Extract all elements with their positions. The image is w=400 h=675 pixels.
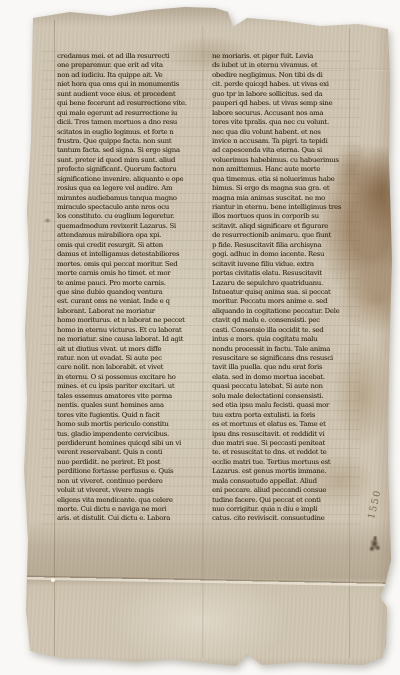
- text-line: perdiderunt homines quicqd sibi un vi: [57, 439, 195, 448]
- ink-blot: [368, 536, 381, 553]
- text-line: Lazarus. est genus mortis immane.: [212, 467, 352, 476]
- text-line: te anime pauci. Pro morte carnis.: [57, 279, 195, 288]
- text-line: tantum facta. sed signa. Si ergo signa: [57, 146, 195, 155]
- text-line: mirantes audiebamus tanqua magno: [57, 194, 195, 203]
- text-line: mala consuetudo appellat. Aliud: [212, 477, 352, 486]
- text-line: homo in eternu victurus. Et cu laborat: [57, 326, 195, 335]
- text-line: gogi. adhuc in domo iacente. Resu: [212, 250, 352, 259]
- text-line: qui male egerunt ad resurrectione iu: [57, 109, 195, 118]
- text-line: portas civitatis elatu. Resuscitavit: [212, 269, 352, 278]
- text-line: catus. cito reviviscit. consuetudine: [212, 514, 352, 523]
- text-line: homo moriturus. et n laborat ne peccet: [57, 316, 195, 325]
- text-line: quasi peccatu latebat. Si aute non: [212, 382, 352, 391]
- text-line: ipsu dns resuscitavit. et reddidit vi: [212, 430, 352, 439]
- text-line: tuu extra porta extulisti. ia foris: [212, 411, 352, 420]
- text-line: non ad iudiciu. Ita quippe ait. Ve: [57, 71, 195, 80]
- text-line: sed etia ipsu malu fecisti. quasi mor: [212, 401, 352, 410]
- text-line: morte. Cui dictu e naviga ne mori: [57, 505, 195, 514]
- text-line: los constituto. cu euglium legeretur.: [57, 212, 195, 221]
- text-line: p fide. Resuscitavit filia archisyna: [212, 241, 352, 250]
- text-line: labore securus. Accusant nos ama: [212, 109, 352, 118]
- text-line: Lazaru de sepulchro quatriduanu.: [212, 279, 352, 288]
- text-line: scitatos in euglio legimus. et forte n: [57, 128, 195, 137]
- text-line: voluit ut viveret. vivere magis: [57, 486, 195, 495]
- text-line: sunt audient voce eius. et procedent: [57, 90, 195, 99]
- text-line: frustra. Que quippe facta. non sunt: [57, 137, 195, 146]
- text-line: tores vite fugientis. Quid n facit: [57, 411, 195, 420]
- text-line: tores vite tpralis. qua nec cu volunt.: [212, 118, 352, 127]
- text-line: nondu processit in factu. Tale anima: [212, 345, 352, 354]
- text-line: attendamus mirabiliora opa xpi.: [57, 231, 195, 240]
- text-line: riantur in eternu. bene intelligimus tre…: [212, 203, 352, 212]
- text-line: magna mia animas suscitat. ne mo: [212, 194, 352, 203]
- text-column-right: ne moriaris. et piger fuit. Leviads iube…: [212, 52, 352, 524]
- text-line: niet hora qua oms qui in monumentis: [57, 80, 195, 89]
- text-line: de resurrectionib animaru. que fiunt: [212, 231, 352, 240]
- text-line: rosius qua ea legere vel audire. Am: [57, 184, 195, 193]
- crease-hole: [51, 578, 55, 582]
- text-line: ratur. non ut evadat. Si aute pec: [57, 354, 195, 363]
- text-line: miraculo spectaculo ante nros ocu: [57, 203, 195, 212]
- text-line: resuscitare se significans dns resusci: [212, 354, 352, 363]
- parchment-surface: credamus mei. et ad illa resurrectione p…: [0, 0, 400, 675]
- text-line: due matri sue. Si peccasti peniteat: [212, 439, 352, 448]
- text-line: laborant. Laborat ne moriatur: [57, 307, 195, 316]
- text-line: ne moriaris. et piger fuit. Levia: [212, 52, 352, 61]
- margin-smudge: [44, 218, 51, 223]
- text-line: Intueatur quisq anima sua. si peccat: [212, 288, 352, 297]
- text-line: elata. sed in domo mortua iacebat.: [212, 373, 352, 382]
- text-line: voluerimus habebimus. cu habuerimus: [212, 156, 352, 165]
- text-line: intus e mors. quia cogitatu malu: [212, 335, 352, 344]
- text-line: dicii. Tres tamen mortuos a dno resu: [57, 118, 195, 127]
- text-line: qui bene fecerunt ad resurrectione vite.: [57, 99, 195, 108]
- text-line: quemadmodum revixerit Lazarus. Si: [57, 222, 195, 231]
- text-line: nec qua diu volunt habent. et nos: [212, 128, 352, 137]
- text-line: tavit illa puella. que ndu erat foris: [212, 363, 352, 372]
- left-bounding-rule: [54, 20, 55, 656]
- text-line: nentis. quales sunt homines ama: [57, 401, 195, 410]
- text-line: illos mortuos quos in corporib su: [212, 212, 352, 221]
- text-line: morte carnis omis ho timet. et mor: [57, 269, 195, 278]
- text-line: credamus mei. et ad illa resurrecti: [57, 52, 195, 61]
- text-line: ait ut diutius vivat. ut mors diffe: [57, 345, 195, 354]
- text-line: aliquando in cogitatione peccatur. Dele: [212, 307, 352, 316]
- lower-fold-crease: [24, 575, 392, 586]
- text-line: damus et intelligamus detestabiliores: [57, 250, 195, 259]
- text-line: ecclie matri tue. Tertius mortuus est: [212, 458, 352, 467]
- text-line: verent reservabant. Quis n conti: [57, 448, 195, 457]
- text-line: sunt. preter id quod mira sunt. aliud: [57, 156, 195, 165]
- text-line: tales essemus amatores vite perma: [57, 392, 195, 401]
- text-line: non amittemus. Hanc aute morte: [212, 165, 352, 174]
- text-line: profecto significant. Quorum factoru: [57, 165, 195, 174]
- text-line: guo tpr in labore sollicitus. sed da: [212, 90, 352, 99]
- text-line: scitavit. aliqd significare et figurare: [212, 222, 352, 231]
- text-line: qua timemus. etia si noluerimus habe: [212, 175, 352, 184]
- text-line: eligens vita mendicante. qua celere: [57, 496, 195, 505]
- text-line: est. curant oms ne veniat. Inde e q: [57, 297, 195, 306]
- text-line: tus. gladio impendente cervicibus.: [57, 430, 195, 439]
- text-line: bimus. Si ergo ds magna sua gra. et: [212, 184, 352, 193]
- text-line: pauperi qd habes. ut vivas semp sine: [212, 99, 352, 108]
- text-line: in eternu. O si possemus excitare ho: [57, 373, 195, 382]
- text-line: que sine dubio quandoq ventura: [57, 288, 195, 297]
- text-line: scitavit iuvene filiu vidue. extra: [212, 260, 352, 269]
- text-line: solu male delectationi consensisti.: [212, 392, 352, 401]
- text-line: one preparemur. que erit ad vita: [57, 61, 195, 70]
- text-line: te. et resuscitat te dns. et reddet te: [212, 448, 352, 457]
- text-line: aris. et distulit. Cui dictu e. Labora: [57, 514, 195, 523]
- text-line: non ut viveret. continuo perdere: [57, 477, 195, 486]
- text-line: eni peccare. aliud peccandi consue: [212, 486, 352, 495]
- margin-date-inscription: 1550: [366, 479, 386, 520]
- text-line: cit. perde quicqd habes. ut vivas exi: [212, 80, 352, 89]
- text-line: care nolit. non laborabit. et vivet: [57, 363, 195, 372]
- text-column-left: credamus mei. et ad illa resurrectione p…: [57, 52, 195, 524]
- text-line: mortes. omis qui peccat moritur. Sed: [57, 260, 195, 269]
- text-line: obedire negligimus. Non tibi ds di: [212, 71, 352, 80]
- text-line: significatione invenire. aliquanto e ope: [57, 175, 195, 184]
- margin-dots-mark: [21, 272, 27, 280]
- text-line: ne moriatur. sine causa laborat. Id agit: [57, 335, 195, 344]
- text-line: moritur. Peccatu mors anime e. sed: [212, 297, 352, 306]
- text-line: nuo perdidit. ne periret. Et post: [57, 458, 195, 467]
- text-line: ctavit qd malu e. consensisti. pec: [212, 316, 352, 325]
- text-line: ds iubet ut in eternu vivamus. et: [212, 61, 352, 70]
- text-line: homo sub mortis periculo constitu: [57, 420, 195, 429]
- text-line: casti. Consensio illa occidit te. sed: [212, 326, 352, 335]
- text-line: ad capescenda vita eterna. Qua si: [212, 146, 352, 155]
- text-line: mines. et cu ipsis pariter excitari. ut: [57, 382, 195, 391]
- text-line: es et mortuus et elatus es. Tame et: [212, 420, 352, 429]
- text-line: nuo corrigitur. quia n diu e impli: [212, 505, 352, 514]
- photo-backdrop: credamus mei. et ad illa resurrectione p…: [0, 0, 400, 675]
- text-line: invice n accusam. Ta pigri. ta tepidi: [212, 137, 352, 146]
- text-line: tudine facere. Qui peccat et conti: [212, 496, 352, 505]
- text-line: omis qui credit resurgit. Si atten: [57, 241, 195, 250]
- intercolumn-rule: [202, 26, 204, 658]
- text-line: perditione fortasse perfusus e. Quis: [57, 467, 195, 476]
- manuscript-leaf: credamus mei. et ad illa resurrectione p…: [0, 0, 400, 675]
